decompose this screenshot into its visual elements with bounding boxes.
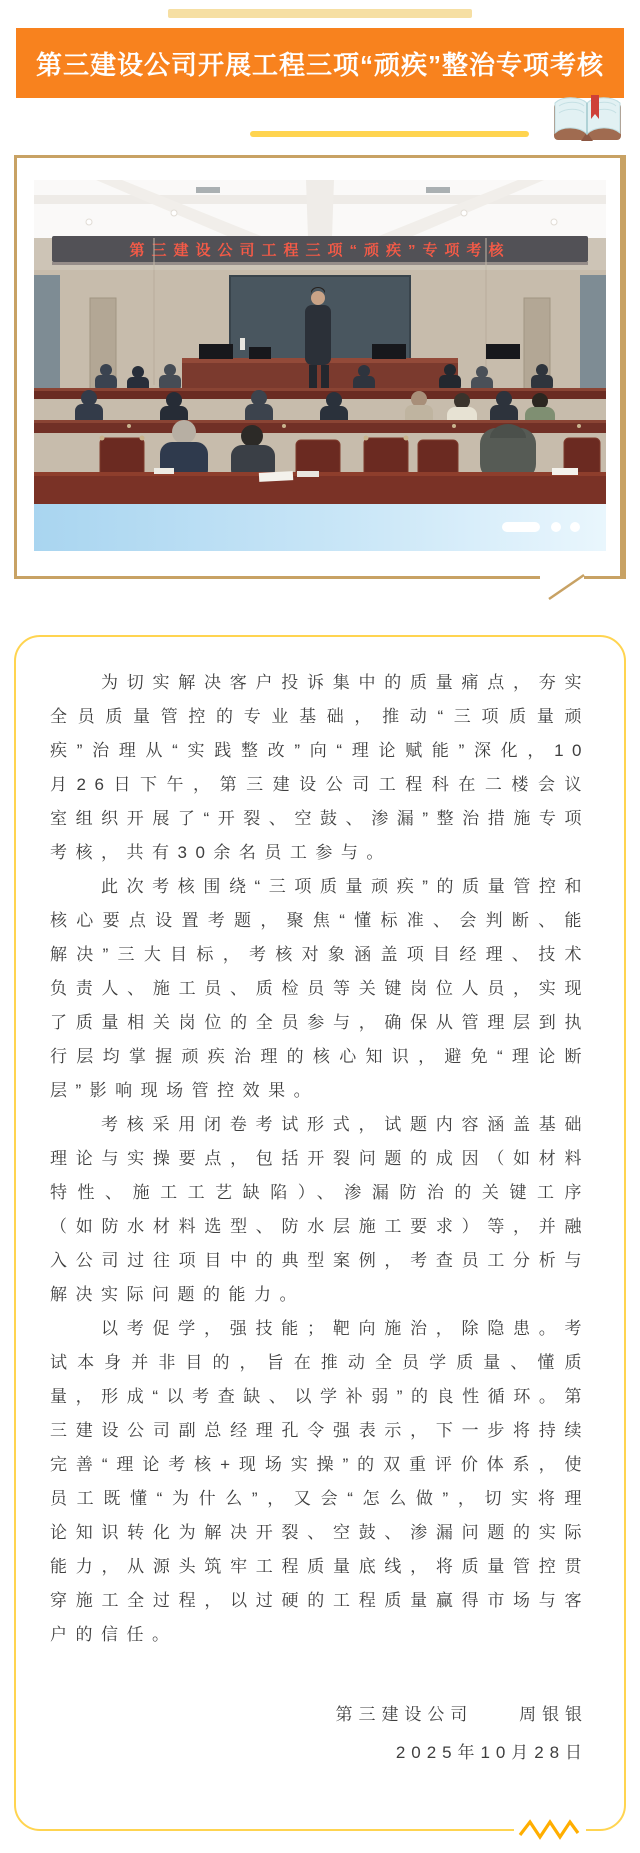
photo-card: 第三建设公司工程三项“顽疾”专项考核 — [14, 155, 626, 579]
article-body: 为切实解决客户投诉集中的质量痛点，夯实全员质量管控的专业基础，推动“三项质量顽疾… — [14, 635, 626, 1831]
carousel-indicator-active[interactable] — [502, 522, 540, 532]
date-line: 2025年10月28日 — [50, 1734, 588, 1772]
paragraph-3: 考核采用闭卷考试形式，试题内容涵盖基础理论与实操要点，包括开裂问题的成因（如材料… — [50, 1108, 590, 1312]
paragraph-2: 此次考核围绕“三项质量顽疾”的质量管控和核心要点设置考题，聚焦“懂标准、会判断、… — [50, 870, 590, 1108]
title-underline — [250, 131, 529, 137]
signature-line: 第三建设公司 周银银 — [50, 1696, 588, 1734]
carousel-indicator-dot[interactable] — [551, 522, 561, 532]
open-book-icon — [551, 94, 624, 149]
signature-block: 第三建设公司 周银银 2025年10月28日 — [50, 1696, 590, 1772]
paragraph-4: 以考促学，强技能；靶向施治，除隐患。考试本身并非目的，旨在推动全员学质量、懂质量… — [50, 1312, 590, 1652]
carousel-indicator-dot[interactable] — [570, 522, 580, 532]
article-page: 第三建设公司开展工程三项“顽疾”整治专项考核 — [0, 0, 640, 1853]
photo-caption-bar — [34, 504, 606, 551]
paragraph-1: 为切实解决客户投诉集中的质量痛点，夯实全员质量管控的专业基础，推动“三项质量顽疾… — [50, 666, 590, 870]
page-title: 第三建设公司开展工程三项“顽疾”整治专项考核 — [36, 45, 604, 82]
zigzag-decoration — [508, 1816, 592, 1846]
title-banner: 第三建设公司开展工程三项“顽疾”整治专项考核 — [16, 28, 624, 98]
top-decorative-bar — [168, 9, 472, 18]
meeting-photo[interactable]: 第三建设公司工程三项“顽疾”专项考核 — [34, 180, 606, 504]
card-speech-tail — [540, 570, 596, 604]
